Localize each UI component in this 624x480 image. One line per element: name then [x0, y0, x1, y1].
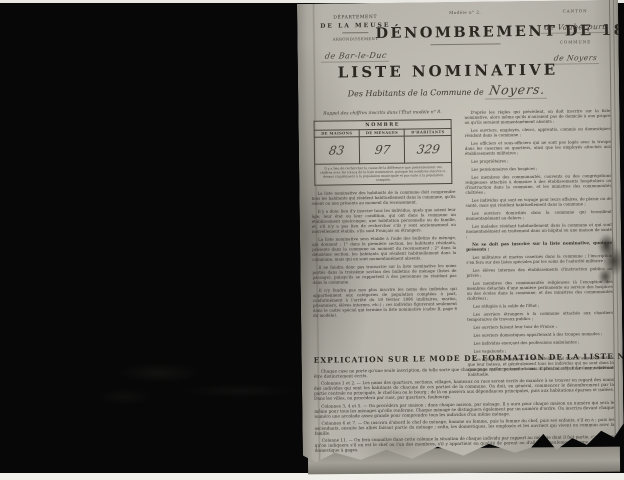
- instructions-columns: Rappel des chiffres inscrits dans l'État…: [310, 108, 614, 382]
- exclude-item: Les élèves internes des établissements d…: [466, 266, 612, 278]
- include-item: Les propriétaires ;: [465, 157, 611, 164]
- paragraph: La liste nominative sera établie à l'aid…: [312, 235, 456, 262]
- habitants-count-handwritten: 329: [416, 142, 441, 156]
- left-column-text: La liste nominative des habitants de la …: [311, 189, 457, 318]
- include-item: Les membres des communautés, couvents ou…: [465, 173, 611, 195]
- include-item: Les officiers et sous-officiers qui ne s…: [465, 139, 611, 156]
- header-right-block: CANTON de Vaubecourt COMMUNE de Noyers: [539, 8, 612, 65]
- maisons-count-handwritten: 83: [328, 143, 345, 157]
- recap-table: NOMBRE DE MAISONS DE MÉNAGES D'HABITANTS…: [314, 119, 453, 186]
- menages-count-handwritten: 97: [374, 143, 391, 157]
- explanation-body: Chaque case ne porte qu'une seule inscri…: [314, 365, 615, 453]
- header-center-block: Modèle n° 2. DÉNOMBREMENT DE 1896: [375, 9, 555, 46]
- census-year-title: DÉNOMBREMENT DE 1896: [375, 23, 555, 42]
- include-item: Les ouvriers, employés, clercs, apprenti…: [465, 126, 611, 138]
- recap-caption: Rappel des chiffres inscrits dans l'État…: [310, 110, 454, 117]
- explanation-paragraph: Colonnes 3, 4 et 5. — On procédera par m…: [314, 399, 614, 418]
- exclude-item: Les ouvriers étrangers à la commune atta…: [467, 310, 613, 322]
- recap-footnote: Il y a lieu de rechercher la cause de la…: [315, 162, 452, 185]
- paragraph: Il y a donc lieu d'y inscrire tous les i…: [312, 207, 456, 234]
- subtitle-printed: Des Habitants de la Commune de: [348, 88, 484, 99]
- left-column: Rappel des chiffres inscrits dans l'État…: [310, 110, 458, 382]
- divider: [342, 32, 368, 33]
- commune-name-handwritten: Noyers.: [485, 82, 550, 100]
- arrondissement-handwritten: de Bar-le-Duc: [321, 51, 391, 63]
- paragraph: Il n'y faudra pas non plus inscrire les …: [313, 286, 457, 318]
- census-form-page: DÉPARTEMENT DE LA MEUSE ARRONDISSEMENT d…: [297, 0, 624, 467]
- paragraph: La liste nominative des habitants de la …: [311, 189, 455, 206]
- exclude-item: Les individus exerçant des professions a…: [467, 339, 613, 346]
- exclude-item: Les ouvriers faisant leur tour de France…: [467, 323, 613, 330]
- include-item: Les individus qui sont en voyage pour le…: [466, 196, 612, 208]
- canton-handwritten: de Vaubecourt: [541, 22, 610, 34]
- include-item: Les pensionnaires des hospices ;: [465, 165, 611, 172]
- subtitle-line: Des Habitants de la Commune de Noyers.: [298, 81, 598, 102]
- explanation-section: EXPLICATION SUR LE MODE DE FORMATION DE …: [314, 352, 615, 455]
- exclude-heading: Ne se doit pas inscrire sur la liste nom…: [466, 240, 612, 252]
- commune-label: COMMUNE: [539, 39, 611, 45]
- explanation-paragraph: Colonnes 6 et 7. — On inscrira d'abord l…: [314, 417, 614, 436]
- liste-nominative-title: LISTE NOMINATIVE: [298, 60, 598, 82]
- include-intro: D'après les règles qui précèdent, on doi…: [464, 108, 610, 125]
- exclude-item: Les réfugiés à la solde de l'État ;: [467, 302, 613, 309]
- scan-viewport: { "document": { "header": { "left": { "d…: [0, 0, 624, 480]
- include-item: Les ouvriers domiciliés dans la commune …: [466, 209, 612, 221]
- right-column: D'après les règles qui précèdent, on doi…: [464, 108, 614, 380]
- model-number-label: Modèle n° 2.: [375, 9, 555, 16]
- exclude-item: Les membres des communautés religieuses …: [467, 279, 613, 301]
- exclude-item: Les ouvriers domestiques appartenant à d…: [467, 331, 613, 338]
- paragraph: Il ne faudra donc pas transcrire sur la …: [312, 263, 456, 285]
- canton-label: CANTON: [539, 8, 611, 14]
- exclude-item: Les militaires et marins casernés dans l…: [466, 253, 612, 265]
- include-item: Les malades résidant habituellement dans…: [466, 222, 612, 239]
- title-flourish: [431, 43, 501, 45]
- background-smudge: [90, 355, 320, 415]
- explanation-paragraph: Colonnes 1 et 2. — Les noms des quartier…: [314, 377, 614, 401]
